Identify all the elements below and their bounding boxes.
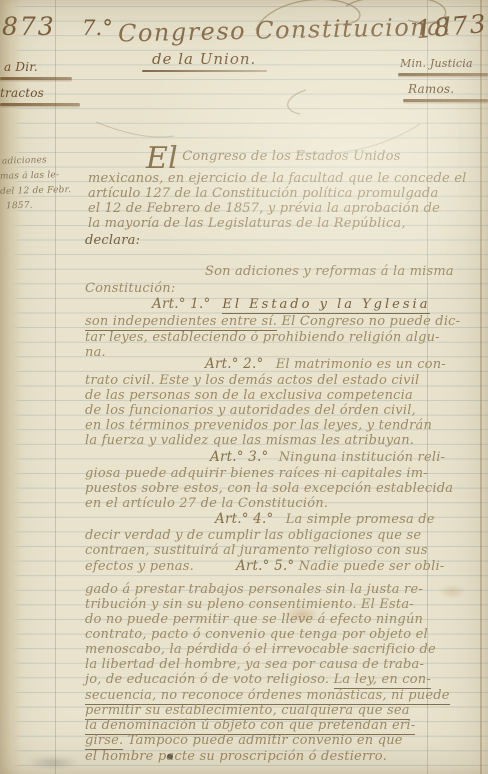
manuscript-text: El matrimonio es un con-	[271, 357, 445, 372]
manuscript-line: jo, de educación ó de voto religioso. La…	[85, 672, 431, 687]
manuscript-text: de las personas son de la exclusiva comp…	[85, 388, 413, 403]
manuscript-line: secuencia, no reconoce órdenes monástica…	[85, 688, 450, 703]
manuscript-line: declara:	[85, 233, 140, 248]
manuscript-line: el hombre pacte su proscripción ó destie…	[85, 749, 387, 764]
manuscript-line: de los funcionarios y autoridades del ór…	[85, 403, 416, 418]
manuscript-line: trato civil. Este y los demás actos del …	[85, 373, 419, 388]
pen-flourish	[288, 90, 306, 114]
manuscript-line: tribución y sin su pleno consentimiento.…	[85, 597, 414, 612]
pen-flourish	[96, 122, 174, 137]
manuscript-line: contrato, pacto ó convenio que tenga por…	[85, 627, 428, 642]
page-title: Congreso Constitucional	[118, 13, 453, 48]
manuscript-line: efectos y penas.Art.° 5.° Nadie puede se…	[85, 559, 444, 574]
manuscript-line: Constitución:	[85, 281, 175, 296]
manuscript-line: tar leyes, estableciendo ó prohibiendo r…	[85, 330, 440, 345]
right-column-label-1: Min. Justicia	[400, 57, 473, 70]
margin-rule	[0, 77, 72, 80]
page-left-edge	[0, 0, 22, 774]
ink-stain	[438, 584, 466, 599]
manuscript-text: la libertad del hombre, ya sea por causa…	[85, 657, 424, 672]
manuscript-line: menoscabo, la pérdida ó el irrevocable s…	[85, 642, 436, 657]
manuscript-text: na.	[85, 345, 106, 360]
manuscript-text: artículo 127 de la Constitución política…	[88, 186, 438, 201]
article-label: Art.° 4.°	[215, 511, 273, 527]
year-label: 1873	[415, 9, 488, 44]
manuscript-text: mexicanos, en ejercicio de la facultad q…	[88, 171, 467, 186]
article-label: Art.° 2.°	[205, 356, 263, 372]
manuscript-text: tar leyes, estableciendo ó prohibiendo r…	[85, 330, 440, 345]
manuscript-text: trato civil. Este y los demás actos del …	[85, 373, 419, 388]
margin-rule	[398, 73, 488, 76]
manuscript-text: de los funcionarios y autoridades del ór…	[85, 403, 416, 418]
manuscript-line: giosa puede adquirir bienes raíces ni ca…	[85, 466, 428, 481]
manuscript-text: El Estado y la Yglesia	[222, 297, 430, 314]
manuscript-text: Constitución:	[85, 281, 175, 296]
page-subtitle: de la Union.	[152, 50, 256, 68]
manuscript-text: Congreso de los Estados Unidos	[178, 149, 401, 164]
manuscript-line: la fuerza y validez que las mismas les a…	[85, 433, 414, 448]
manuscript-line: decir verdad y de cumplir las obligacion…	[85, 528, 421, 543]
manuscript-line: en el artículo 27 de la Constitución.	[85, 496, 328, 511]
manuscript-line: mexicanos, en ejercicio de la facultad q…	[88, 171, 467, 186]
manuscript-line: gado á prestar trabajos personales sin l…	[85, 582, 423, 597]
manuscript-text: puestos sobre estos, con la sola excepci…	[85, 481, 453, 496]
manuscript-text: efectos y penas.	[85, 559, 194, 574]
subtitle-underline	[142, 70, 267, 72]
manuscript-text: Tampoco puede admitir convenio en que	[123, 733, 402, 748]
page-edge-rule	[480, 0, 482, 774]
manuscript-text: contraen, sustituirá al juramento religi…	[85, 543, 428, 558]
manuscript-text: Ninguna institución reli-	[274, 450, 445, 465]
margin-rule	[403, 99, 488, 102]
manuscript-text: la fuerza y validez que las mismas les a…	[85, 433, 414, 448]
margin-note-line: del 12 de Febr.	[0, 185, 71, 197]
margin-note-line: mas á las le-	[0, 170, 59, 182]
manuscript-text: el 12 de Febrero de 1857, y prévia la ap…	[88, 201, 440, 216]
margin-rule	[0, 103, 80, 106]
manuscript-text: la mayoría de las Legislaturas de la Rep…	[88, 216, 406, 231]
manuscript-line: girse. Tampoco puede admitir convenio en…	[85, 733, 403, 748]
congress-ordinal: 7.°	[82, 16, 113, 40]
manuscript-line: de las personas son de la exclusiva comp…	[85, 388, 413, 403]
manuscript-text: Son adiciones y reformas á la misma	[205, 264, 454, 279]
manuscript-line: Art.° 2.° El matrimonio es un con-	[205, 357, 446, 372]
manuscript-line: permitir su establecimiento, cualquiera …	[85, 703, 410, 718]
manuscript-text: en el artículo 27 de la Constitución.	[85, 496, 328, 511]
manuscript-line: Art.° 3.° Ninguna institución reli-	[210, 450, 445, 465]
ledger-number: 873	[2, 12, 56, 41]
left-column-label-1: a Dir.	[4, 60, 38, 74]
margin-note-line: 1857.	[6, 201, 33, 212]
manuscript-text: son independientes entre sí.	[85, 314, 277, 331]
manuscript-line: artículo 127 de la Constitución política…	[88, 186, 438, 201]
manuscript-line: son independientes entre sí. El Congreso…	[85, 314, 460, 329]
manuscript-line: na.	[85, 345, 106, 360]
manuscript-text: declara:	[85, 233, 140, 248]
manuscript-text: La ley, en con-	[334, 672, 431, 689]
manuscript-text: La simple promesa de	[281, 512, 434, 527]
manuscript-line: la mayoría de las Legislaturas de la Rep…	[88, 216, 406, 231]
left-margin-rule	[55, 0, 56, 774]
manuscript-text: girse.	[85, 733, 123, 750]
article-label: Art.° 1.°	[152, 296, 210, 312]
manuscript-line: la libertad del hombre, ya sea por causa…	[85, 657, 424, 672]
manuscript-text: decir verdad y de cumplir las obligacion…	[85, 528, 421, 543]
manuscript-text: en los términos prevenidos por las leyes…	[85, 418, 432, 433]
manuscript-line: Art.° 4.° La simple promesa de	[215, 512, 435, 527]
manuscript-line: Art.° 1.°El Estado y la Yglesia	[152, 297, 430, 312]
manuscript-page: 873 7.° Congreso Constitucional 1873 de …	[0, 0, 488, 774]
manuscript-text: contrato, pacto ó convenio que tenga por…	[85, 627, 428, 642]
manuscript-line: el 12 de Febrero de 1857, y prévia la ap…	[88, 201, 440, 216]
manuscript-line: contraen, sustituirá al juramento religi…	[85, 543, 428, 558]
right-margin-rule	[427, 0, 428, 774]
margin-note-line: adiciones	[2, 155, 47, 166]
manuscript-line: en los términos prevenidos por las leyes…	[85, 418, 432, 433]
manuscript-text: El Congreso no puede dic-	[277, 314, 460, 329]
smudge-mark	[26, 756, 80, 769]
manuscript-line: do no puede permitir que se lleve á efec…	[85, 612, 423, 627]
article-label: Art.° 5.°	[236, 558, 294, 574]
manuscript-line: puestos sobre estos, con la sola excepci…	[85, 481, 453, 496]
manuscript-text: Nadie puede ser obli-	[294, 559, 444, 574]
manuscript-text: el hombre pacte su proscripción ó destie…	[85, 749, 387, 764]
manuscript-line: la denominación ú objeto con que pretend…	[85, 718, 415, 733]
right-column-label-2: Ramos.	[408, 82, 454, 96]
article-label: Art.° 3.°	[210, 449, 268, 465]
manuscript-text: giosa puede adquirir bienes raíces ni ca…	[85, 466, 428, 481]
manuscript-text: tribución y sin su pleno consentimiento.…	[85, 597, 414, 612]
manuscript-text: jo, de educación ó de voto religioso.	[85, 672, 334, 687]
manuscript-text: gado á prestar trabajos personales sin l…	[85, 582, 423, 597]
manuscript-line: El Congreso de los Estados Unidos	[146, 149, 401, 164]
manuscript-line: Son adiciones y reformas á la misma	[205, 264, 454, 279]
left-column-label-2: tractos	[0, 86, 44, 100]
manuscript-text: menoscabo, la pérdida ó el irrevocable s…	[85, 642, 436, 657]
manuscript-text: do no puede permitir que se lleve á efec…	[85, 612, 423, 627]
